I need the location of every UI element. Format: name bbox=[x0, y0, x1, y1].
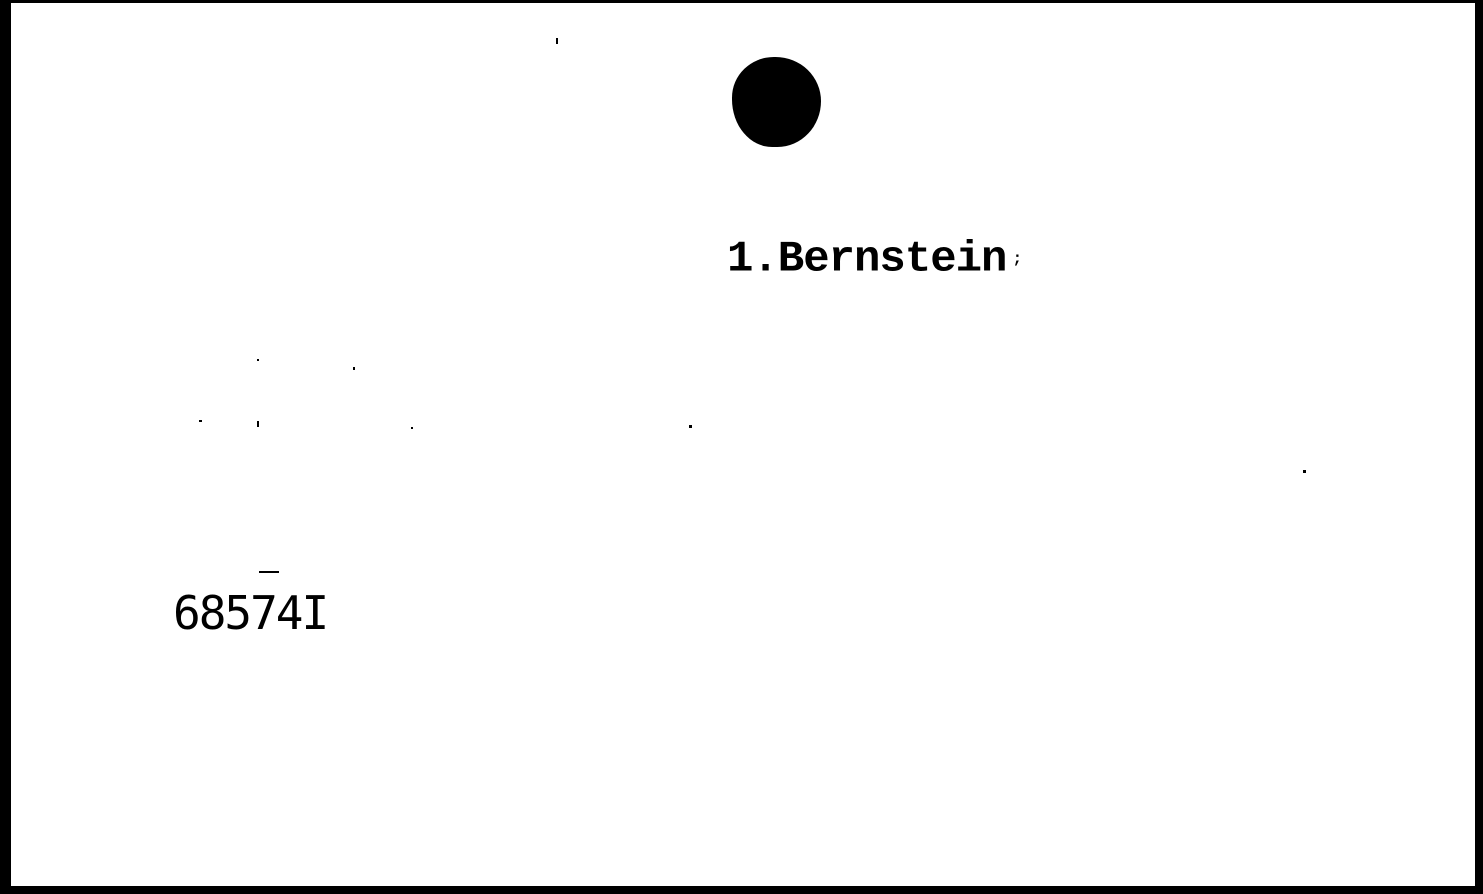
scan-speck bbox=[259, 571, 279, 573]
scan-speck bbox=[353, 367, 355, 370]
author-name-line: 1.Bernstein; bbox=[727, 235, 1021, 284]
trailing-mark: ; bbox=[1012, 250, 1021, 268]
scan-speck bbox=[257, 421, 259, 427]
scan-speck bbox=[1303, 470, 1306, 473]
scan-speck bbox=[199, 420, 202, 422]
scan-speck bbox=[556, 38, 558, 44]
catalog-number: 68574I bbox=[173, 586, 327, 640]
scan-speck bbox=[257, 359, 259, 361]
punch-hole bbox=[732, 57, 821, 147]
scan-speck bbox=[411, 427, 413, 429]
author-name: 1.Bernstein bbox=[727, 235, 1006, 285]
scan-speck bbox=[689, 425, 692, 428]
catalog-card: 1.Bernstein; 68574I bbox=[11, 3, 1475, 886]
scan-speck bbox=[233, 886, 236, 889]
